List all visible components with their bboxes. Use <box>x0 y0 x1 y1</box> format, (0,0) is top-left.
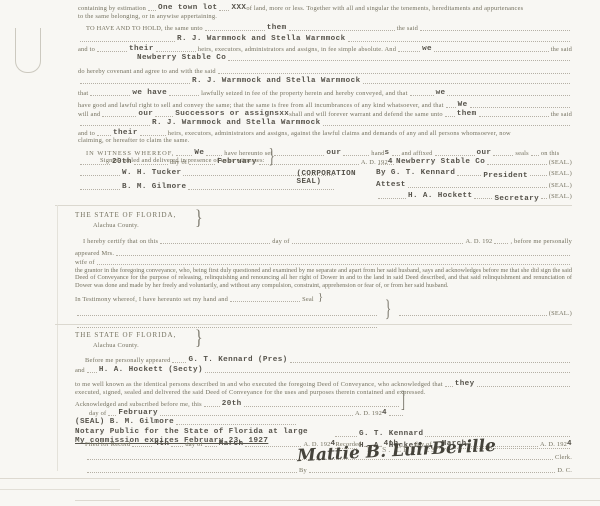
dotted-rule <box>148 10 156 11</box>
printed-text: day of <box>272 238 289 245</box>
seal-label: (SEAL.) <box>549 193 572 200</box>
dotted-rule <box>445 386 453 387</box>
typed-ack-month: February <box>118 409 158 417</box>
containing-line: containing by estimation One town lot XX… <box>78 3 572 12</box>
typed-recorded-year: 4 <box>567 440 572 448</box>
printed-text: will and <box>78 111 100 118</box>
typed-witness-1: W. H. Tucker <box>122 169 181 177</box>
dotted-rule <box>87 372 97 373</box>
executed-line: executed, signed, sealed and delivered t… <box>75 388 572 396</box>
grantor-name-line: Newberry Stable Co <box>78 53 572 62</box>
printed-text: lawfully seized in fee of the property h… <box>201 90 407 97</box>
dower-paragraph: the grantor in the foregoing conveyance,… <box>75 267 572 289</box>
dotted-rule <box>160 415 353 416</box>
dotted-rule <box>494 243 508 244</box>
typed-grantee-names: R. J. Warmmock and Stella Warmmock <box>192 77 361 85</box>
typed-witness-2: B. M. Gilmore <box>122 183 186 191</box>
binder-mark <box>15 28 41 73</box>
printed-text: Seal <box>302 296 314 303</box>
deputy-clerk-label: D. C. <box>557 467 572 474</box>
typed-grantee-pronoun: them <box>267 24 287 32</box>
typed-we-have: we have <box>132 89 167 97</box>
dotted-rule <box>292 243 464 244</box>
printed-text: I hereby certify that on this <box>83 238 158 245</box>
corporation-seal-note: (CORPORATION SEAL) <box>297 170 356 186</box>
dotted-rule <box>477 386 570 387</box>
brace-glyph: } <box>318 291 323 303</box>
printed-text: Filed for Record <box>85 441 130 448</box>
dotted-rule <box>245 446 301 447</box>
seal-row-attest: Attest (SEAL.) <box>376 177 572 189</box>
typed-seal-gilmore: (SEAL) B. M. Gilmore <box>75 418 174 426</box>
deed-body-section: containing by estimation One town lot XX… <box>78 3 572 166</box>
dotted-rule <box>309 472 555 473</box>
typed-grantee-names: R. J. Warmmock and Stella Warmmock <box>152 119 321 127</box>
dotted-rule <box>541 198 547 199</box>
warrant-line: will and our Successors or assignsxx sha… <box>78 109 572 118</box>
bracket-glyph: ] <box>401 386 405 415</box>
typed-estate: One town lot <box>158 4 217 12</box>
typed-strikeout: XXX <box>231 4 246 12</box>
signature-block: Signed, sealed and delivered in presence… <box>78 154 572 200</box>
dotted-rule <box>425 436 570 437</box>
seal-label: (SEAL.) <box>549 182 572 189</box>
printed-text: to me well known as the identical person… <box>75 381 443 388</box>
section-divider <box>55 324 572 325</box>
printed-text: the said <box>551 46 572 53</box>
typed-company-seal-name: Newberry Stable Co <box>396 158 485 166</box>
dotted-rule <box>169 95 199 96</box>
typed-kennard-signature: G. T. Kennard <box>359 430 423 438</box>
dotted-rule <box>530 175 547 176</box>
dotted-rule <box>140 135 166 136</box>
dotted-rule <box>408 187 547 188</box>
typed-we-cap: We <box>458 101 468 109</box>
kennard-signature-line: G. T. Kennard <box>333 426 572 438</box>
heirs-line: and to their heirs, executors, administr… <box>78 43 572 52</box>
printed-text: to the same belonging, or in anywise app… <box>78 13 217 20</box>
printed-text: A. D. 192 <box>540 441 567 448</box>
dotted-rule <box>205 372 570 373</box>
printed-text: heirs, executors, administrators and ass… <box>168 130 511 137</box>
dotted-rule <box>335 436 357 437</box>
seal-label: (SEAL.) <box>549 159 572 166</box>
grantee-name-line: R. J. Warmmock and Stella Warmmock <box>78 34 572 43</box>
dotted-rule <box>446 107 456 108</box>
good-right-line: have good and lawful right to sell and c… <box>78 99 572 108</box>
dotted-rule <box>474 198 492 199</box>
and-hockett-line: and H. A. Hockett (Secty) <box>75 364 572 373</box>
printed-text: that <box>78 90 88 97</box>
typed-president-title: President <box>483 172 528 180</box>
witness-caption-line: Signed, sealed and delivered in presence… <box>78 154 336 164</box>
printed-text: , before me personally <box>510 238 572 245</box>
typed-we: we <box>422 45 432 53</box>
typed-ack-year: 4 <box>382 409 387 417</box>
printed-text: the said <box>551 111 572 118</box>
dotted-rule <box>420 30 570 31</box>
grantee-name-line-2: R. J. Warmmock and Stella Warmmock <box>78 75 572 84</box>
printed-text: Acknowledged and subscribed before me, t… <box>75 401 202 408</box>
venue-block: THE STATE OF FLORIDA, Alachua County. } <box>75 331 572 353</box>
dotted-rule <box>156 51 196 52</box>
acknowledged-line: Acknowledged and subscribed before me, t… <box>75 398 405 407</box>
dotted-rule <box>204 406 220 407</box>
dotted-rule <box>172 362 186 363</box>
testimony-line: In Testimony whereof, I have hereunto se… <box>75 294 572 303</box>
dotted-rule <box>97 135 111 136</box>
printed-text: and to <box>78 130 95 137</box>
dower-acknowledgment-section: THE STATE OF FLORIDA, Alachua County. } … <box>75 211 572 329</box>
filing-record-section: Filed for Record 4th day of March A. D. … <box>85 439 572 474</box>
dotted-rule <box>434 51 549 52</box>
dotted-rule <box>230 301 300 302</box>
typed-their: their <box>129 45 154 53</box>
printed-text: the said <box>397 25 418 32</box>
printed-text: A. D. 192 <box>355 410 382 417</box>
dotted-rule <box>80 41 175 42</box>
printed-text: A. D. 192 <box>465 238 492 245</box>
claiming-line: claiming, or hereafter to claim the same… <box>78 137 572 145</box>
seal-label: (SEAL.) <box>549 310 572 317</box>
typed-kennard-pres: G. T. Kennard (Pres) <box>188 356 287 364</box>
grantee-name-line-3: R. J. Warmmock and Stella Warmmock <box>78 118 572 127</box>
typed-by-kennard: By G. T. Kennard <box>376 169 455 177</box>
dotted-rule <box>205 446 217 447</box>
printed-text: Before me personally appeared <box>85 357 170 364</box>
typed-grantor-company: Newberry Stable Co <box>137 54 226 62</box>
dotted-rule <box>289 30 395 31</box>
printed-text: day of <box>185 441 202 448</box>
county-label: Alachua County. <box>93 222 572 229</box>
section-divider <box>55 205 572 206</box>
dotted-rule <box>77 327 377 328</box>
seal-column: Newberry Stable Co (SEAL.) By G. T. Kenn… <box>376 154 572 200</box>
printed-text: In Testimony whereof, I have hereunto se… <box>75 296 228 303</box>
dotted-rule <box>77 315 377 316</box>
printed-text: appeared Mrs. <box>75 250 114 257</box>
dotted-rule <box>323 125 570 126</box>
brace-glyph: } <box>385 294 391 323</box>
seal-row-company: Newberry Stable Co (SEAL.) <box>376 154 572 166</box>
venue-block: THE STATE OF FLORIDA, Alachua County. } <box>75 211 572 233</box>
dotted-rule <box>188 189 334 190</box>
deputy-clerk-line: By D. C. <box>85 465 572 474</box>
typed-seal-word: SEAL) <box>297 178 356 186</box>
printed-text: claiming, or hereafter to claim the same… <box>78 137 189 144</box>
typed-notary-title: Notary Public for the State of Florida a… <box>75 428 308 436</box>
printed-text: wife of <box>75 259 95 266</box>
before-me-line: Before me personally appeared G. T. Kenn… <box>75 355 572 364</box>
section-left-edge <box>57 205 58 471</box>
printed-text: have good and lawful right to sell and c… <box>78 102 444 109</box>
brace-glyph: } <box>195 207 203 230</box>
dotted-rule <box>219 10 229 11</box>
dotted-rule <box>348 41 570 42</box>
dotted-rule <box>447 95 570 96</box>
clerk-label: Clerk. <box>555 454 572 461</box>
to-have-and-hold-line: TO HAVE AND TO HOLD, the same unto them … <box>78 22 572 31</box>
dotted-rule <box>171 446 183 447</box>
typed-successors: Successors or assignsxx <box>175 110 289 118</box>
typed-grantee-names: R. J. Warmmock and Stella Warmmock <box>177 35 346 43</box>
dotted-rule <box>97 264 570 265</box>
printed-text: heirs, executors, administrators and ass… <box>198 46 396 53</box>
dotted-rule <box>80 83 190 84</box>
page-edge-line <box>0 478 600 479</box>
dotted-rule <box>116 255 570 256</box>
dotted-rule <box>389 415 403 416</box>
state-label: THE STATE OF FLORIDA, <box>75 331 572 339</box>
typed-their: their <box>113 129 138 137</box>
typed-filed-month: March <box>219 440 244 448</box>
seal-label: (SEAL.) <box>549 170 572 177</box>
dotted-rule <box>363 83 570 84</box>
dotted-rule <box>290 362 570 363</box>
dotted-rule <box>457 175 481 176</box>
printed-text: and <box>75 367 85 374</box>
dotted-rule <box>218 73 570 74</box>
well-known-line: to me well known as the identical person… <box>75 379 572 388</box>
dotted-rule <box>108 415 116 416</box>
dotted-rule <box>176 424 296 425</box>
by-label: By <box>299 467 307 474</box>
brace-glyph: } <box>269 143 275 169</box>
typed-hockett-secty: H. A. Hockett (Secty) <box>99 366 203 374</box>
notary-name-line: (SEAL) B. M. Gilmore <box>75 417 572 426</box>
dotted-rule <box>90 95 130 96</box>
printed-text: do hereby covenant and agree to and with… <box>78 68 216 75</box>
typed-attest: Attest <box>376 181 406 189</box>
dotted-rule <box>479 116 549 117</box>
printed-text: executed, signed, sealed and delivered t… <box>75 389 426 396</box>
certify-line: I hereby certify that on this day of A. … <box>75 236 572 245</box>
dotted-rule <box>160 243 270 244</box>
typed-corporation: (CORPORATION <box>297 170 356 178</box>
typed-ack-day: 20th <box>222 400 242 408</box>
dotted-rule <box>205 30 265 31</box>
dotted-rule <box>80 125 150 126</box>
printed-text: containing by estimation <box>78 5 146 12</box>
dotted-rule <box>132 446 152 447</box>
dotted-rule <box>97 51 127 52</box>
dotted-rule <box>80 189 120 190</box>
notary-sign-line-1: } (SEAL.) <box>75 307 572 316</box>
printed-text: day of <box>89 410 106 417</box>
printed-text: shall and will forever warrant and defen… <box>289 111 443 118</box>
witness-column: Signed, sealed and delivered in presence… <box>78 154 336 200</box>
typed-our: our <box>138 110 153 118</box>
claims-line: and to their heirs, executors, administr… <box>78 127 572 136</box>
state-label: THE STATE OF FLORIDA, <box>75 211 572 219</box>
dotted-rule <box>80 175 120 176</box>
dotted-rule <box>399 315 547 316</box>
seized-line: that we have lawfully seized in fee of t… <box>78 88 572 97</box>
county-label: Alachua County. <box>93 342 572 349</box>
printed-text: Signed, sealed and delivered in presence… <box>100 157 265 164</box>
typed-hockett: H. A. Hockett <box>408 192 472 200</box>
dotted-rule <box>378 198 406 199</box>
dotted-rule <box>378 164 394 165</box>
page-edge-line <box>75 500 600 501</box>
dotted-rule <box>155 116 173 117</box>
seal-row-president: By G. T. Kennard President (SEAL.) <box>376 166 572 178</box>
covenant-line: do hereby covenant and agree to and with… <box>78 66 572 75</box>
appeared-line: appeared Mrs. <box>75 247 572 256</box>
dotted-rule <box>244 406 399 407</box>
typed-they: they <box>455 380 475 388</box>
dotted-rule <box>487 164 547 165</box>
printed-text: and to <box>78 46 95 53</box>
corporate-acknowledgment-section: THE STATE OF FLORIDA, Alachua County. } … <box>75 331 572 445</box>
page-edge-line <box>0 489 120 490</box>
typed-we: we <box>436 89 446 97</box>
dotted-rule <box>470 107 570 108</box>
typed-filed-day: 4th <box>154 440 169 448</box>
dotted-rule <box>410 95 434 96</box>
dotted-rule <box>228 60 570 61</box>
dotted-rule <box>87 472 297 473</box>
belonging-line: to the same belonging, or in anywise app… <box>78 12 572 20</box>
wife-of-line: wife of <box>75 257 572 266</box>
typed-secretary-title: Secretary <box>494 195 539 203</box>
dotted-rule <box>102 116 136 117</box>
brace-glyph: } <box>195 327 203 350</box>
ack-date-line: day of February A. D. 192 4 <box>75 408 405 417</box>
seal-row-secretary: H. A. Hockett Secretary (SEAL.) <box>376 189 572 201</box>
dotted-rule <box>398 51 420 52</box>
printed-text: TO HAVE AND TO HOLD, the same unto <box>86 25 203 32</box>
printed-text: of land, more or less. Together with all… <box>246 5 523 12</box>
deed-document-scan: containing by estimation One town lot XX… <box>0 0 600 506</box>
dotted-rule <box>445 116 455 117</box>
typed-them: them <box>457 110 477 118</box>
